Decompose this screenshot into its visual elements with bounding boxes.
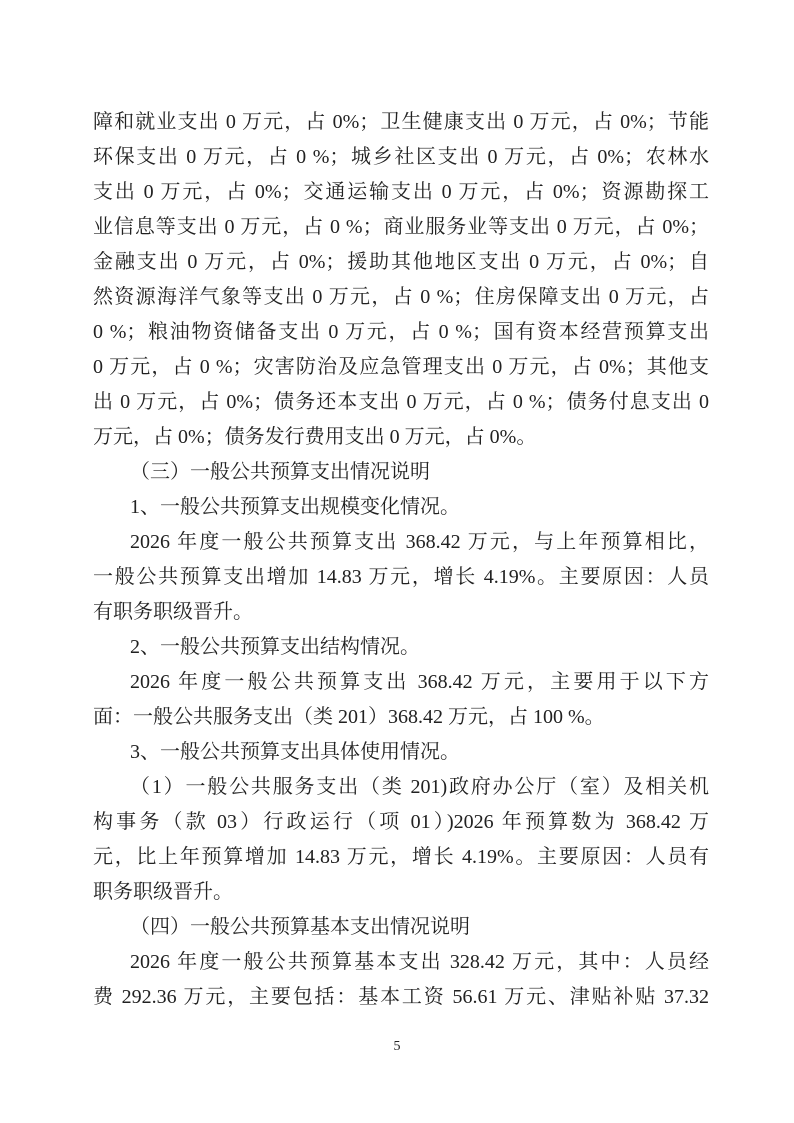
text-line: 障和就业支出 0 万元，占 0%；卫生健康支出 0 万元，占 0%；节能 bbox=[93, 105, 709, 140]
page-number: 5 bbox=[394, 1039, 401, 1054]
text-line: 一般公共预算支出增加 14.83 万元，增长 4.19%。主要原因：人员 bbox=[93, 560, 709, 595]
document-page: 障和就业支出 0 万元，占 0%；卫生健康支出 0 万元，占 0%；节能环保支出… bbox=[0, 0, 794, 1123]
text-line: 有职务职级晋升。 bbox=[93, 595, 709, 630]
text-line: 3、一般公共预算支出具体使用情况。 bbox=[93, 735, 709, 770]
page-footer: 5 bbox=[0, 1038, 794, 1056]
text-line: 元，比上年预算增加 14.83 万元，增长 4.19%。主要原因：人员有 bbox=[93, 840, 709, 875]
text-line: 1、一般公共预算支出规模变化情况。 bbox=[93, 490, 709, 525]
text-line: 构事务（款 03）行政运行（项 01）)2026 年预算数为 368.42 万 bbox=[93, 805, 709, 840]
document-body: 障和就业支出 0 万元，占 0%；卫生健康支出 0 万元，占 0%；节能环保支出… bbox=[93, 105, 709, 1015]
text-line: 2、一般公共预算支出结构情况。 bbox=[93, 630, 709, 665]
text-line: 0 %；粮油物资储备支出 0 万元，占 0 %；国有资本经营预算支出 bbox=[93, 315, 709, 350]
text-line: （四）一般公共预算基本支出情况说明 bbox=[93, 910, 709, 945]
text-line: 2026 年度一般公共预算支出 368.42 万元，与上年预算相比， bbox=[93, 525, 709, 560]
text-line: 面：一般公共服务支出（类 201）368.42 万元，占 100 %。 bbox=[93, 700, 709, 735]
text-line: 业信息等支出 0 万元，占 0 %；商业服务业等支出 0 万元，占 0%； bbox=[93, 210, 709, 245]
text-line: 出 0 万元，占 0%；债务还本支出 0 万元，占 0 %；债务付息支出 0 bbox=[93, 385, 709, 420]
text-line: 0 万元，占 0 %；灾害防治及应急管理支出 0 万元，占 0%；其他支 bbox=[93, 350, 709, 385]
text-line: 职务职级晋升。 bbox=[93, 875, 709, 910]
text-line: （三）一般公共预算支出情况说明 bbox=[93, 455, 709, 490]
text-line: 金融支出 0 万元，占 0%；援助其他地区支出 0 万元，占 0%；自 bbox=[93, 245, 709, 280]
text-line: 环保支出 0 万元，占 0 %；城乡社区支出 0 万元，占 0%；农林水 bbox=[93, 140, 709, 175]
text-line: 2026 年度一般公共预算支出 368.42 万元，主要用于以下方 bbox=[93, 665, 709, 700]
text-line: 万元，占 0%；债务发行费用支出 0 万元，占 0%。 bbox=[93, 420, 709, 455]
text-line: 费 292.36 万元，主要包括：基本工资 56.61 万元、津贴补贴 37.3… bbox=[93, 980, 709, 1015]
text-line: 然资源海洋气象等支出 0 万元，占 0 %；住房保障支出 0 万元，占 bbox=[93, 280, 709, 315]
text-line: （1）一般公共服务支出（类 201)政府办公厅（室）及相关机 bbox=[93, 770, 709, 805]
text-line: 支出 0 万元，占 0%；交通运输支出 0 万元，占 0%；资源勘探工 bbox=[93, 175, 709, 210]
text-line: 2026 年度一般公共预算基本支出 328.42 万元，其中：人员经 bbox=[93, 945, 709, 980]
